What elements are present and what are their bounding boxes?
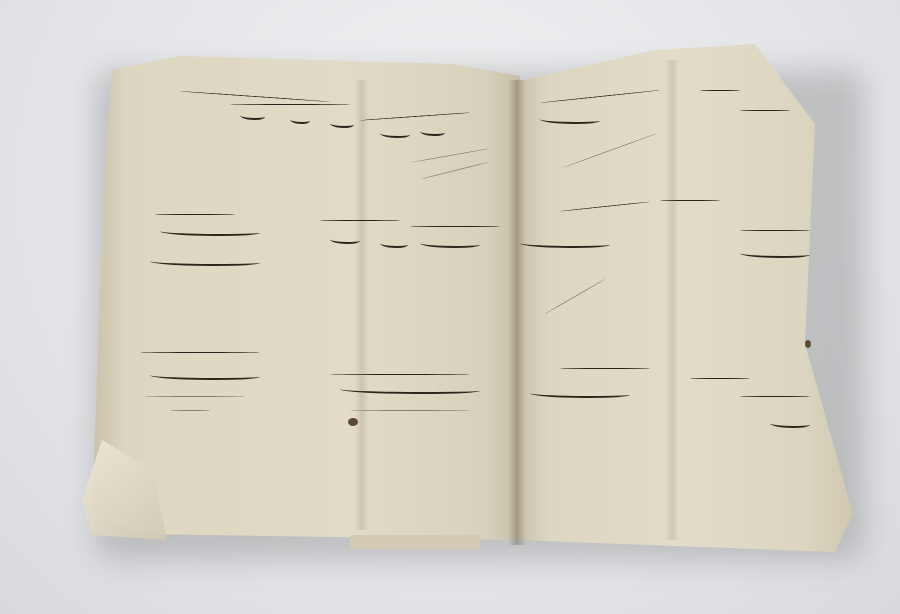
ink-stain — [805, 340, 811, 348]
ink-stain — [348, 418, 358, 426]
left-page-fold — [355, 80, 369, 530]
left-page — [92, 52, 520, 540]
book-gutter — [508, 80, 526, 545]
right-page-fold — [665, 60, 679, 540]
page-bottom-edge — [350, 535, 480, 549]
